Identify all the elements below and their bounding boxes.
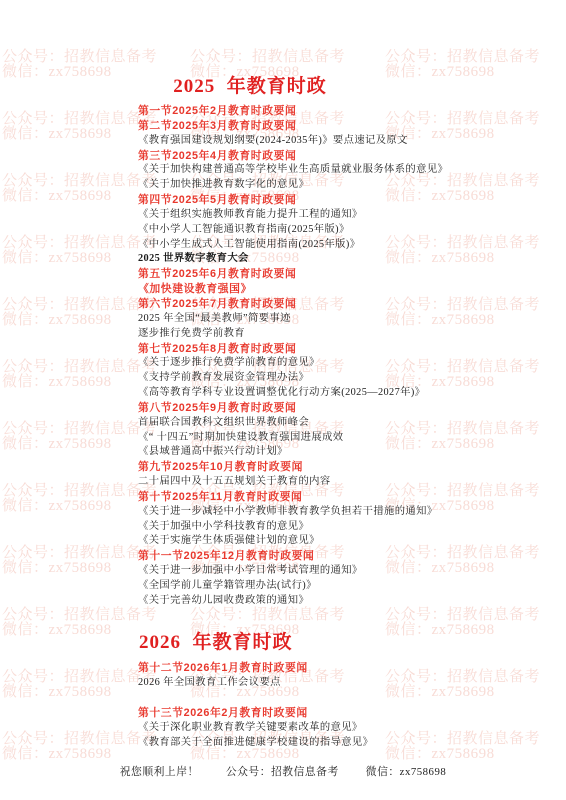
toc-section-heading: 第二节2025年3月教育时政要闻 xyxy=(138,119,556,134)
toc-section-heading: 第十二节2026年1月教育时政要闻 xyxy=(138,661,556,676)
toc-section-heading: 第五节2025年6月教育时政要闻 xyxy=(138,267,556,282)
toc-item: 《全国学前儿童学籍管理办法(试行)》 xyxy=(138,579,556,594)
toc-item: 《中小学人工智能通识教育指南(2025年版)》 xyxy=(138,223,556,238)
document-page: 公众号：招教信息备考微信：zx758698公众号：招教信息备考微信：zx7586… xyxy=(0,0,566,800)
year-2026-title: 2026 年教育时政 xyxy=(139,627,293,654)
toc-section-heading: 第八节2025年9月教育时政要闻 xyxy=(138,401,556,416)
year-2025-title: 2025 年教育时政 xyxy=(0,71,500,98)
toc-item: 《支持学前教育发展资金管理办法》 xyxy=(138,371,556,386)
toc-item: 首届联合国教科文组织世界教师峰会 xyxy=(138,416,556,431)
toc-item: 《关于深化职业教育教学关键要素改革的意见》 xyxy=(138,721,556,736)
footer-account-text: 公众号：招教信息备考 xyxy=(226,765,339,780)
toc-item: 《关于实施学生体质强健计划的意见》 xyxy=(138,534,556,549)
toc-item: 《关于进一步减轻中小学教师非教育教学负担若干措施的通知》 xyxy=(138,505,556,520)
toc-item: 《教育部关于全面推进健康学校建设的指导意见》 xyxy=(138,736,556,751)
toc-item: 《关于组织实施教师教育能力提升工程的通知》 xyxy=(138,208,556,223)
toc-section-heading: 第四节2025年5月教育时政要闻 xyxy=(138,193,556,208)
toc-item: 《高等教育学科专业设置调整优化行动方案(2025—2027年)》 xyxy=(138,386,556,401)
toc-section-heading: 第十节2025年11月教育时政要闻 xyxy=(138,490,556,505)
toc-section-heading: 第十一节2025年12月教育时政要闻 xyxy=(138,549,556,564)
toc-item: 《关于加快构建普通高等学校毕业生高质量就业服务体系的意见》 xyxy=(138,163,556,178)
toc-item: 2025 世界数字教育大会 xyxy=(138,252,556,267)
toc-item: 《县域普通高中振兴行动计划》 xyxy=(138,445,556,460)
toc-item: 二十届四中及十五五规划关于教育的内容 xyxy=(138,475,556,490)
toc-section-heading: 第九节2025年10月教育时政要闻 xyxy=(138,460,556,475)
toc-item: 《中小学生成式人工智能使用指南(2025年版)》 xyxy=(138,238,556,253)
footer-wish-text: 祝您顺利上岸！ xyxy=(120,765,199,780)
page-footer: 祝您顺利上岸！公众号：招教信息备考微信：zx758698 xyxy=(0,765,566,780)
toc-item: 《关于完善幼儿园收费政策的通知》 xyxy=(138,594,556,609)
toc-2025-list: 第一节2025年2月教育时政要闻第二节2025年3月教育时政要闻《教育强国建设规… xyxy=(138,104,556,609)
toc-item: 逐步推行免费学前教育 xyxy=(138,327,556,342)
toc-section-heading: 第七节2025年8月教育时政要闻 xyxy=(138,342,556,357)
toc-item: 《“ 十四五”时期加快建设教育强国进展成效 xyxy=(138,431,556,446)
toc-item: 《教育强国建设规划纲要(2024-2035年)》要点速记及原文 xyxy=(138,134,556,149)
toc-item: 《关于加强中小学科技教育的意见》 xyxy=(138,520,556,535)
toc-section-heading: 第一节2025年2月教育时政要闻 xyxy=(138,104,556,119)
toc-item: 2025 年全国“最美教师”简要事迹 xyxy=(138,312,556,327)
footer-wechat-text: 微信：zx758698 xyxy=(366,765,446,780)
toc-section-heading: 《加快建设教育强国》 xyxy=(138,282,556,297)
toc-section-heading: 第三节2025年4月教育时政要闻 xyxy=(138,149,556,164)
toc-item: 《关于进一步加强中小学日常考试管理的通知》 xyxy=(138,564,556,579)
toc-section-heading: 第十三节2026年2月教育时政要闻 xyxy=(138,706,556,721)
toc-2026-list-part2: 第十三节2026年2月教育时政要闻《关于深化职业教育教学关键要素改革的意见》《教… xyxy=(138,706,556,751)
toc-item: 《关于加快推进教育数字化的意见》 xyxy=(138,178,556,193)
toc-item: 《关于逐步推行免费学前教育的意见》 xyxy=(138,356,556,371)
toc-item: 2026 年全国教育工作会议要点 xyxy=(138,676,556,691)
toc-section-heading: 第六节2025年7月教育时政要闻 xyxy=(138,297,556,312)
toc-2026-list-part1: 第十二节2026年1月教育时政要闻2026 年全国教育工作会议要点 xyxy=(138,661,556,691)
document-content: 2025 年教育时政 第一节2025年2月教育时政要闻第二节2025年3月教育时… xyxy=(0,0,566,800)
